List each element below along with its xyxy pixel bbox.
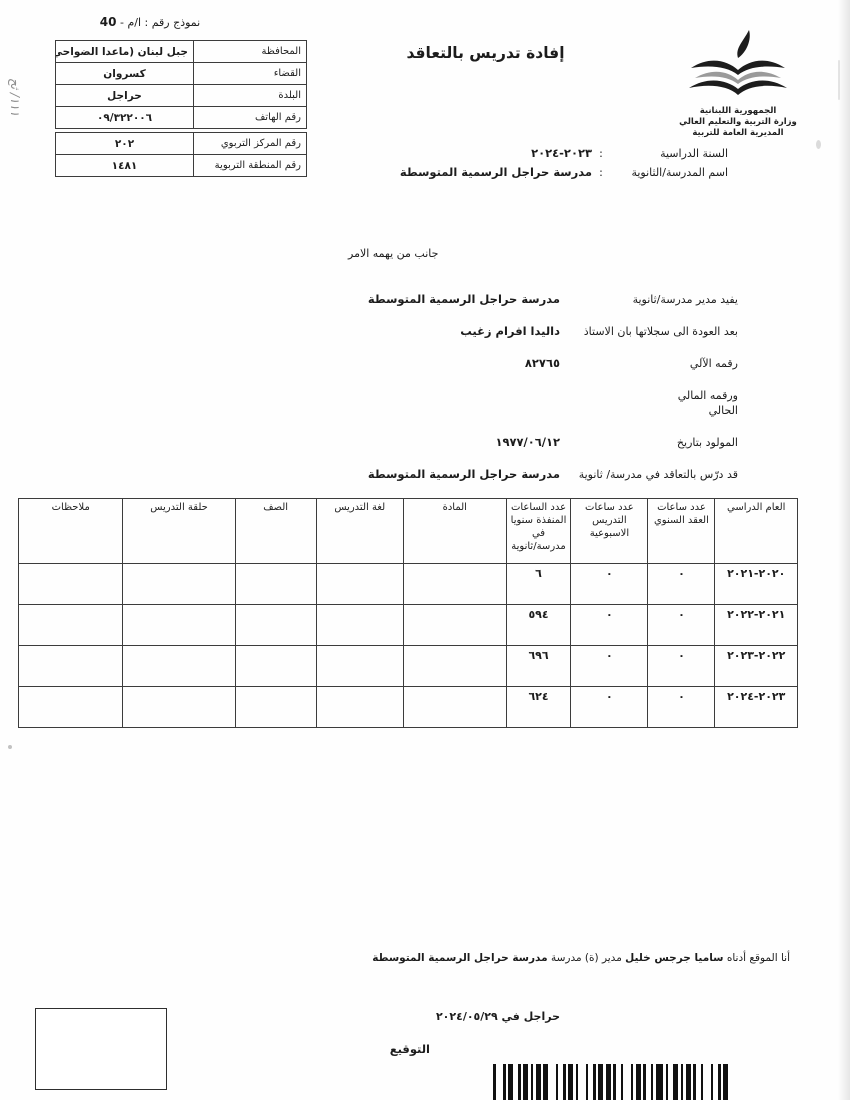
undersigned-name: ساميا جرجس خليل [625,952,723,964]
center-number-label: رقم المركز التربوي [194,133,307,155]
teaching-hours-table: العام الدراسي عدد ساعات العقد السنوي عدد… [18,498,798,728]
table-row: ٢٠٢١-٢٠٢٢ ٠ ٠ ٥٩٤ [19,605,798,646]
barcode-space [548,1064,556,1100]
scan-edge-shadow [838,0,850,1100]
barcode-bar [493,1064,496,1100]
statement-line: بعد العودة الى سجلاتها بان الاستاذ داليد… [178,324,738,339]
header-annual-contract-hours: عدد ساعات العقد السنوي [648,499,715,564]
barcode-bar [686,1064,691,1100]
records-reference-label: بعد العودة الى سجلاتها بان الاستاذ [570,324,738,339]
barcode-space [633,1064,636,1100]
header-subject: المادة [403,499,506,564]
cell-class [235,687,316,728]
financial-id-label: ورقمه المالي الحالي [570,388,738,418]
barcode-bar [586,1064,589,1100]
barcode-bar [643,1064,646,1100]
salutation: جانب من يهمه الامر [348,247,438,260]
admin-info-tables: المحافظة جبل لبنان (ماعدا الضواحي) القضا… [55,40,307,177]
signature-label: التوقيع [390,1042,430,1056]
center-number-value: ٢٠٢ [56,133,194,155]
barcode-bar [693,1064,696,1100]
computer-id-label: رقمه الآلي [570,356,738,371]
statement-line: المولود بتاريخ ١٩٧٧/٠٦/١٢ [178,435,738,450]
barcode-bar [631,1064,634,1100]
cell-language [316,605,403,646]
cell-notes [19,646,123,687]
barcode-space [683,1064,686,1100]
barcode-space [506,1064,509,1100]
scan-artifact [816,140,821,149]
teaching-school-value: مدرسة حراجل الرسمية المتوسطة [368,467,560,482]
barcode-space [566,1064,569,1100]
barcode-space [616,1064,621,1100]
cell-notes [19,687,123,728]
barcode-bar [606,1064,611,1100]
admin-table-location: المحافظة جبل لبنان (ماعدا الضواحي) القضا… [55,40,307,129]
school-year-value: ٢٠٢٣-٢٠٢٤ [531,146,592,160]
barcode-space [603,1064,606,1100]
header-weekly-teaching-hours: عدد ساعات التدريس الاسبوعية [571,499,648,564]
cell-cycle [123,687,235,728]
barcode-space [623,1064,631,1100]
barcode-bar [531,1064,534,1100]
statement-line: قد درّس بالتعاقد في مدرسة/ ثانوية مدرسة … [178,467,738,482]
district-label: القضاء [194,63,307,85]
barcode-bar [656,1064,664,1100]
scan-artifact [838,60,840,100]
cell-language [316,564,403,605]
cell-annual: ٠ [648,605,715,646]
barcode-space [646,1064,651,1100]
barcode-bar [576,1064,579,1100]
barcode-bar [508,1064,513,1100]
barcode-space [558,1064,563,1100]
barcode-bar [701,1064,704,1100]
barcode-bar [673,1064,678,1100]
cell-year: ٢٠٢٢-٢٠٢٣ [715,646,798,687]
governorate-label: المحافظة [194,41,307,63]
logo-line-ministry: وزارة التربية والتعليم العالي [668,117,808,128]
cell-subject [403,646,506,687]
statement-body: يفيد مدير مدرسة/ثانوية مدرسة حراجل الرسم… [178,292,738,499]
barcode-space [573,1064,576,1100]
cell-executed: ٦٩٦ [506,646,571,687]
zone-number-label: رقم المنطقة التربوية [194,155,307,177]
birth-date-value: ١٩٧٧/٠٦/١٢ [495,435,560,450]
header-class: الصف [235,499,316,564]
teacher-name-value: داليدا افرام زغيب [460,324,560,339]
barcode-bar [518,1064,521,1100]
barcode-bar [523,1064,528,1100]
cell-executed: ٥٩٤ [506,605,571,646]
town-label: البلدة [194,85,307,107]
principal-certifies-label: يفيد مدير مدرسة/ثانوية [570,292,738,307]
table-row: ٢٠٢٢-٢٠٢٣ ٠ ٠ ٦٩٦ [19,646,798,687]
cell-annual: ٠ [648,687,715,728]
barcode-bar [711,1064,714,1100]
barcode-bar [681,1064,684,1100]
undersigned-prefix: أنا الموقع أدناه [724,952,791,964]
cell-class [235,605,316,646]
cell-year: ٢٠٢١-٢٠٢٢ [715,605,798,646]
colon: : [592,166,610,179]
header-school-year: العام الدراسي [715,499,798,564]
district-value: كسروان [56,63,194,85]
barcode-bar [543,1064,548,1100]
barcode-space [578,1064,586,1100]
admin-table-codes: رقم المركز التربوي ٢٠٢ رقم المنطقة الترب… [55,132,307,177]
barcode-space [496,1064,504,1100]
table-row: المحافظة جبل لبنان (ماعدا الضواحي) [56,41,307,63]
undersigned-school: مدرسة حراجل الرسمية المتوسطة [372,952,547,964]
barcode-bar [556,1064,559,1100]
scanned-document-page: ١١١/ ثح نموذج رقم : ا/م - 40 المحافظة جب… [0,0,850,1100]
document-title: إفادة تدريس بالتعاقد [398,44,573,62]
barcode-space [513,1064,518,1100]
undersigned-statement: أنا الموقع أدناه ساميا جرجس خليل مدير (ة… [372,952,790,964]
logo-line-republic: الجمهورية اللبنانية [668,106,808,117]
school-year-label: السنة الدراسية [610,147,728,160]
barcode-bar [636,1064,641,1100]
birth-date-label: المولود بتاريخ [570,435,738,450]
computer-id-value: ٨٢٧٦٥ [525,356,560,371]
cell-annual: ٠ [648,564,715,605]
handwritten-margin-note: ١١١/ ثح [8,78,22,116]
barcode-space [541,1064,544,1100]
barcode-space [703,1064,711,1100]
cell-year: ٢٠٢٠-٢٠٢١ [715,564,798,605]
barcode-bar [563,1064,566,1100]
barcode-space [488,1064,493,1100]
statement-line: رقمه الآلي ٨٢٧٦٥ [178,356,738,371]
barcode-space [588,1064,593,1100]
barcode-bar [593,1064,596,1100]
form-number: نموذج رقم : ا/م - 40 [70,15,230,29]
place-date: حراجل في ٢٠٢٤/٠٥/٢٩ [436,1010,560,1023]
table-row: رقم الهاتف ٠٩/٣٢٢٠٠٦ [56,107,307,129]
colon: : [592,147,610,160]
barcode-bar [621,1064,624,1100]
barcode-icon [488,1064,728,1100]
cell-cycle [123,605,235,646]
cell-cycle [123,564,235,605]
cell-year: ٢٠٢٣-٢٠٢٤ [715,687,798,728]
cell-executed: ٦٢٤ [506,687,571,728]
barcode-space [713,1064,718,1100]
school-name-row: اسم المدرسة/الثانوية : مدرسة حراجل الرسم… [400,165,728,179]
form-number-value: 40 [100,15,117,29]
barcode-space [533,1064,536,1100]
barcode-bar [666,1064,669,1100]
table-row: ٢٠٢٠-٢٠٢١ ٠ ٠ ٦ [19,564,798,605]
form-number-label: نموذج رقم : ا/م - [116,16,200,29]
statement-line: يفيد مدير مدرسة/ثانوية مدرسة حراجل الرسم… [178,292,738,307]
table-row: البلدة حراجل [56,85,307,107]
school-name-value: مدرسة حراجل الرسمية المتوسطة [400,165,592,179]
barcode-space [696,1064,701,1100]
barcode-space [678,1064,681,1100]
town-value: حراجل [56,85,194,107]
statement-line: ورقمه المالي الحالي [178,388,738,418]
phone-value: ٠٩/٣٢٢٠٠٦ [56,107,194,129]
table-row: رقم المنطقة التربوية ١٤٨١ [56,155,307,177]
barcode-bar [613,1064,616,1100]
barcode-space [528,1064,531,1100]
header-teaching-cycle: حلقة التدريس [123,499,235,564]
cell-notes [19,605,123,646]
header-teaching-language: لغة التدريس [316,499,403,564]
taught-by-contract-label: قد درّس بالتعاقد في مدرسة/ ثانوية [570,467,738,482]
barcode-space [653,1064,656,1100]
cell-language [316,687,403,728]
cell-cycle [123,646,235,687]
barcode-bar [568,1064,573,1100]
certifying-school-value: مدرسة حراجل الرسمية المتوسطة [368,292,560,307]
open-book-logo-icon [668,28,808,106]
cell-weekly: ٠ [571,564,648,605]
barcode-space [691,1064,694,1100]
school-info-block: السنة الدراسية : ٢٠٢٣-٢٠٢٤ اسم المدرسة/ا… [400,146,728,184]
barcode-space [721,1064,724,1100]
ministry-logo: الجمهورية اللبنانية وزارة التربية والتعل… [668,28,808,139]
table-row: رقم المركز التربوي ٢٠٢ [56,133,307,155]
cell-class [235,646,316,687]
barcode-bar [536,1064,541,1100]
cell-annual: ٠ [648,646,715,687]
phone-label: رقم الهاتف [194,107,307,129]
cell-weekly: ٠ [571,605,648,646]
cell-notes [19,564,123,605]
cell-class [235,564,316,605]
cell-weekly: ٠ [571,646,648,687]
scan-artifact [8,745,12,749]
zone-number-value: ١٤٨١ [56,155,194,177]
barcode-space [611,1064,614,1100]
logo-line-directorate: المديرية العامة للتربية [668,128,808,139]
barcode-bar [718,1064,721,1100]
cell-language [316,646,403,687]
cell-subject [403,564,506,605]
undersigned-middle: مدير (ة) مدرسة [548,952,626,964]
school-year-row: السنة الدراسية : ٢٠٢٣-٢٠٢٤ [400,146,728,160]
barcode-space [663,1064,666,1100]
barcode-space [596,1064,599,1100]
cell-subject [403,687,506,728]
governorate-value: جبل لبنان (ماعدا الضواحي) [56,41,194,63]
table-row: ٢٠٢٣-٢٠٢٤ ٠ ٠ ٦٢٤ [19,687,798,728]
barcode-bar [503,1064,506,1100]
teaching-hours-table-wrap: العام الدراسي عدد ساعات العقد السنوي عدد… [18,498,798,728]
table-row: القضاء كسروان [56,63,307,85]
header-executed-hours: عدد الساعات المنفذة سنويا في مدرسة/ثانوي… [506,499,571,564]
cell-subject [403,605,506,646]
barcode-bar [651,1064,654,1100]
table-header-row: العام الدراسي عدد ساعات العقد السنوي عدد… [19,499,798,564]
header-notes: ملاحظات [19,499,123,564]
barcode-space [641,1064,644,1100]
cell-executed: ٦ [506,564,571,605]
barcode-space [668,1064,673,1100]
barcode-bar [723,1064,728,1100]
stamp-box [35,1008,167,1090]
barcode-space [521,1064,524,1100]
barcode-bar [598,1064,603,1100]
cell-weekly: ٠ [571,687,648,728]
school-name-label: اسم المدرسة/الثانوية [610,166,728,179]
